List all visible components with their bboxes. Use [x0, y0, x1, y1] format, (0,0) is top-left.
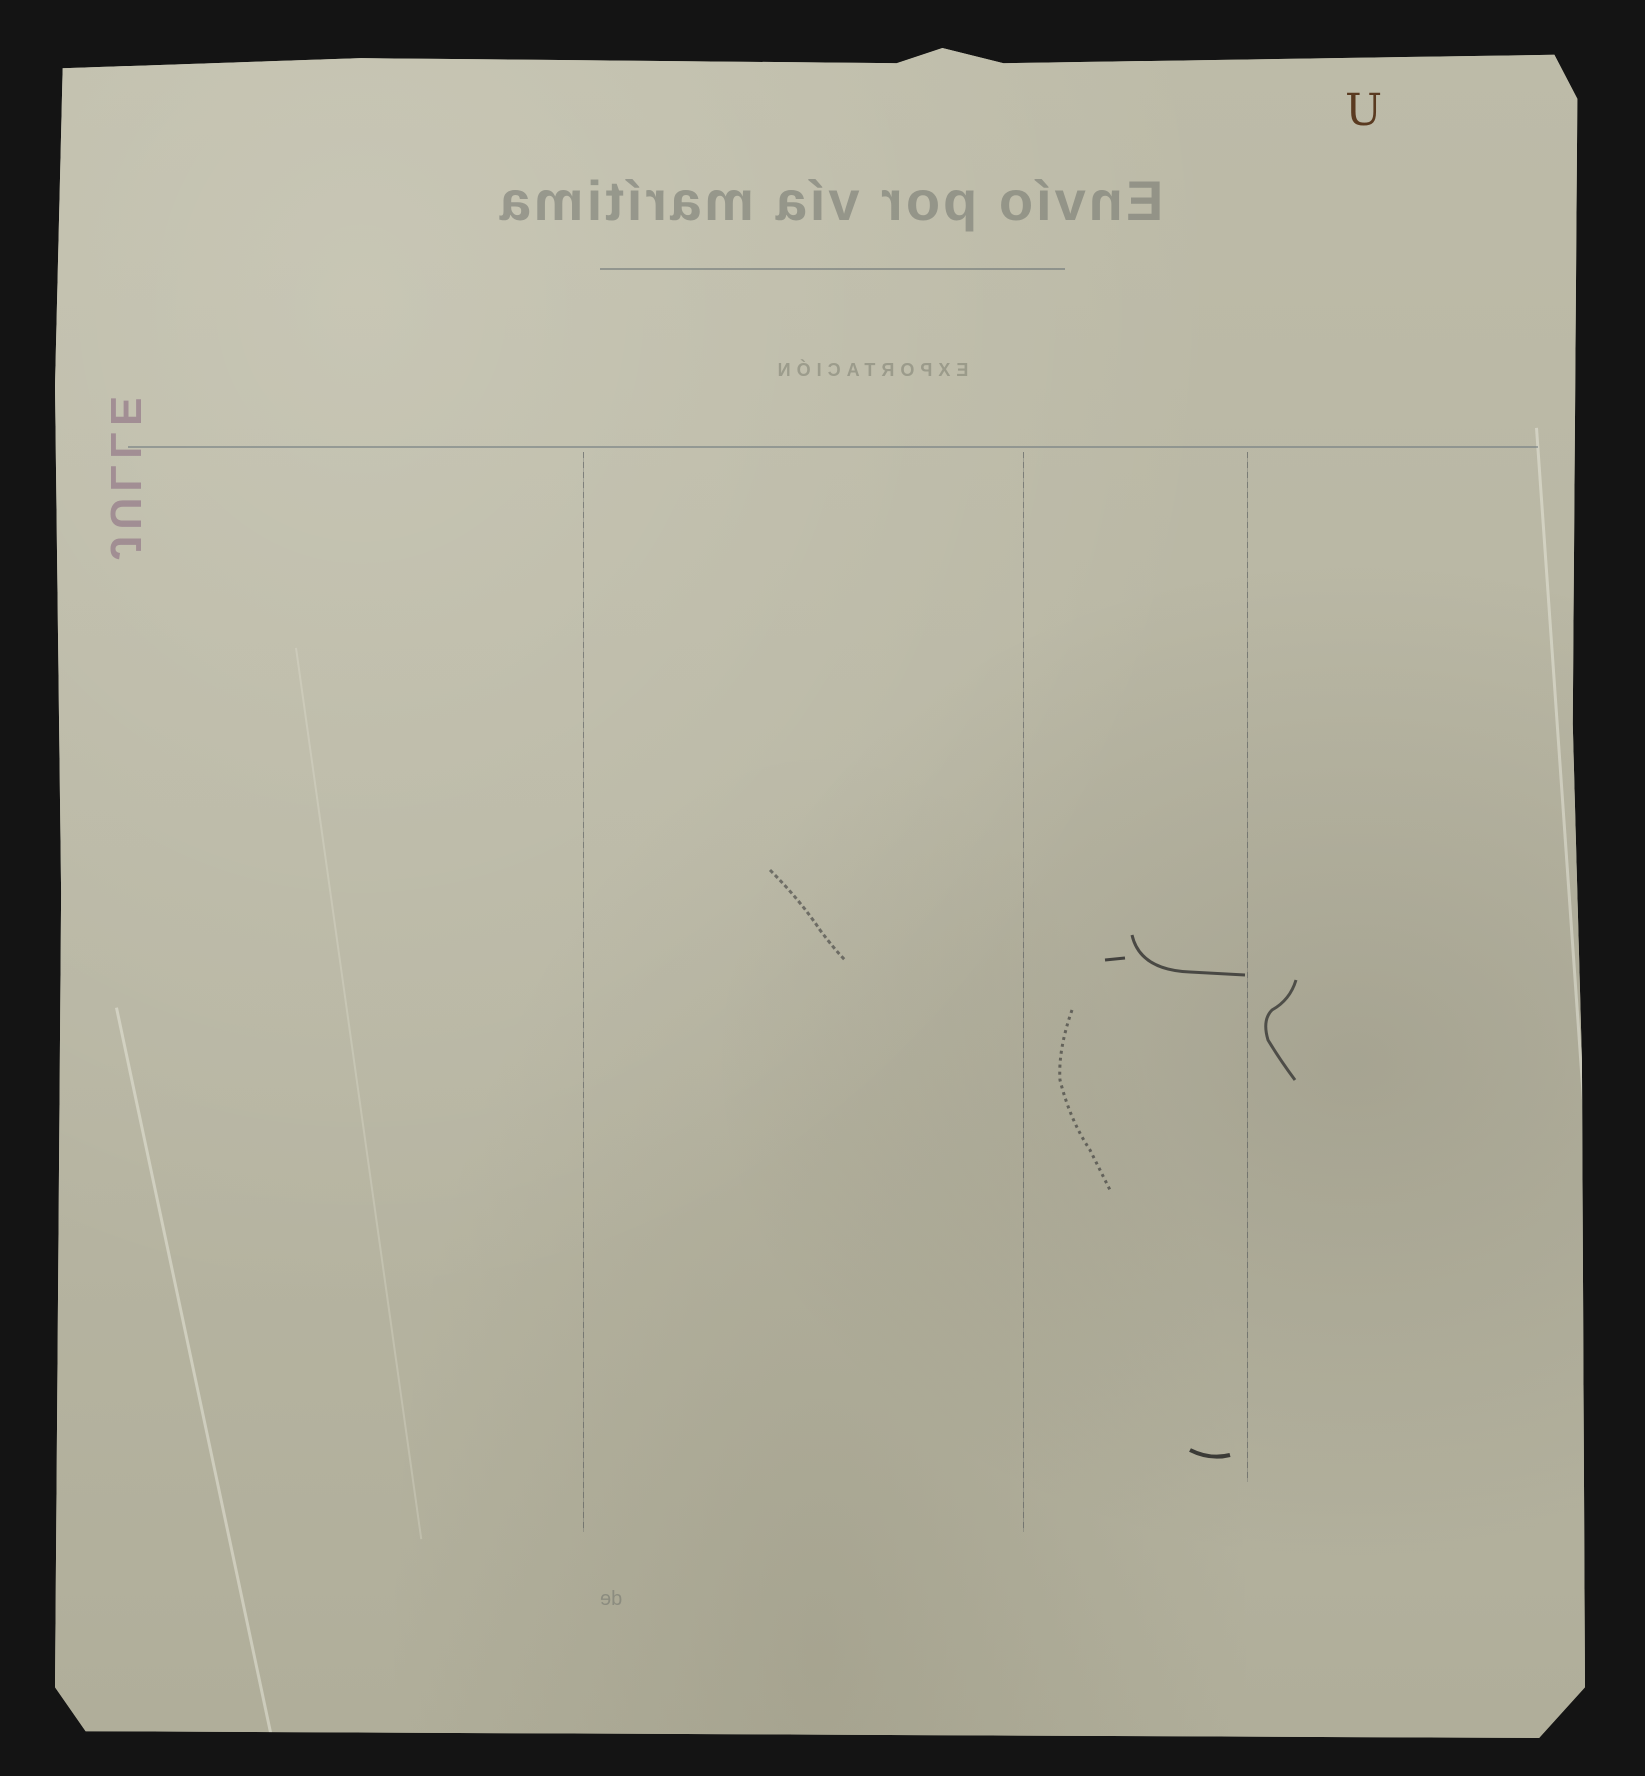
pencil-scribble-icon	[0, 0, 1645, 1776]
